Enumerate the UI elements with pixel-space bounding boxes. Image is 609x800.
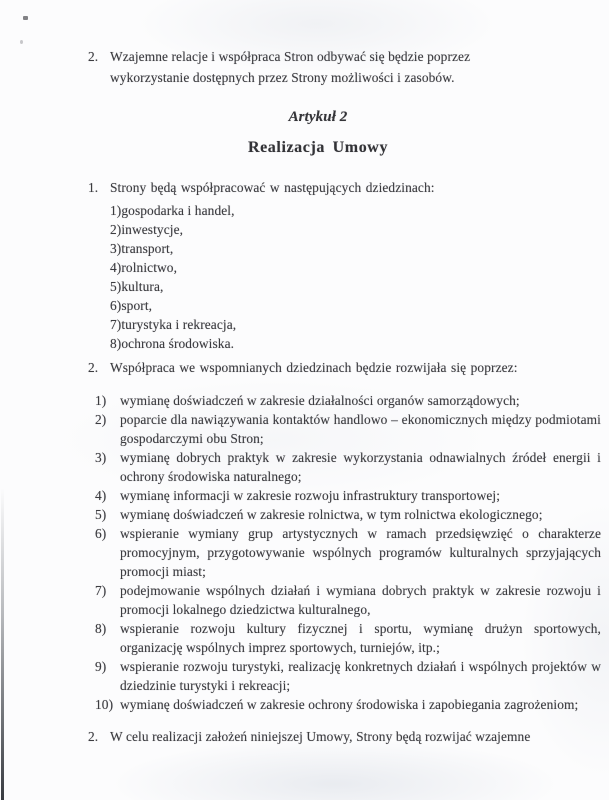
item-number: 3) bbox=[110, 241, 121, 256]
paragraph-text: Wzajemne relacje i współpraca Stron odby… bbox=[110, 46, 512, 88]
item-text: wspieranie rozwoju kultury fizycznej i s… bbox=[120, 619, 601, 657]
item-number: 7) bbox=[110, 317, 121, 332]
scan-edge-shadow bbox=[1, 488, 4, 800]
paragraph-number: 2. bbox=[88, 727, 110, 747]
list-item: 4)wymianę informacji w zakresie rozwoju … bbox=[95, 486, 601, 505]
list-item: 8)wspieranie rozwoju kultury fizycznej i… bbox=[95, 619, 601, 657]
item-number: 2) bbox=[95, 410, 120, 429]
item-number: 2) bbox=[110, 222, 121, 237]
list-item: 2)poparcie dla nawiązywania kontaktów ha… bbox=[95, 410, 601, 448]
item-text: wymianę doświadczeń w zakresie rolnictwa… bbox=[120, 505, 601, 524]
item-number: 6) bbox=[110, 298, 121, 313]
clause-number: 1. bbox=[88, 178, 110, 198]
fields-list: 1)gospodarka i handel, 2)inwestycje, 3)t… bbox=[88, 201, 601, 353]
list-item: 7)turystyka i rekreacja, bbox=[110, 315, 601, 334]
item-number: 10) bbox=[95, 695, 120, 714]
list-item: 1)wymianę doświadczeń w zakresie działal… bbox=[95, 391, 601, 410]
list-item: 4)rolnictwo, bbox=[110, 258, 601, 277]
item-number: 7) bbox=[95, 581, 120, 600]
list-item: 1)gospodarka i handel, bbox=[110, 201, 601, 220]
document-content: 2. Wzajemne relacje i współpraca Stron o… bbox=[88, 46, 601, 747]
item-text: wspieranie rozwoju turystyki, realizację… bbox=[120, 657, 601, 695]
clause-number: 2. bbox=[88, 358, 110, 378]
item-text: wymianę doświadczeń w zakresie działalno… bbox=[120, 391, 601, 410]
list-item: 6)sport, bbox=[110, 296, 601, 315]
clause-cooperation-lead: 2. Współpraca we wspomnianych dziedzinac… bbox=[88, 358, 601, 378]
item-text: wymianę dobrych praktyk w zakresie wykor… bbox=[120, 448, 601, 486]
section-title: Realizacja Umowy bbox=[88, 138, 548, 158]
item-text: kultura, bbox=[121, 279, 163, 294]
intro-paragraph: 2. Wzajemne relacje i współpraca Stron o… bbox=[88, 46, 601, 88]
list-item: 6)wspieranie wymiany grup artystycznych … bbox=[95, 524, 601, 581]
item-text: rolnictwo, bbox=[121, 260, 177, 275]
item-number: 1) bbox=[95, 391, 120, 410]
item-number: 6) bbox=[95, 524, 120, 543]
item-number: 5) bbox=[95, 505, 120, 524]
list-item: 9)wspieranie rozwoju turystyki, realizac… bbox=[95, 657, 601, 695]
clause-fields-lead: 1. Strony będą współpracować w następują… bbox=[88, 178, 601, 198]
item-text: podejmowanie wspólnych działań i wymiana… bbox=[120, 581, 601, 619]
item-text: sport, bbox=[121, 298, 152, 313]
item-number: 5) bbox=[110, 279, 121, 294]
list-item: 8)ochrona środowiska. bbox=[110, 334, 601, 353]
clause-text: Współpraca we wspomnianych dziedzinach b… bbox=[110, 358, 601, 378]
item-text: transport, bbox=[121, 241, 173, 256]
item-number: 4) bbox=[95, 486, 120, 505]
item-text: wymianę doświadczeń w zakresie ochrony ś… bbox=[120, 695, 601, 714]
item-text: gospodarka i handel, bbox=[121, 203, 234, 218]
closing-paragraph: 2. W celu realizacji założeń niniejszej … bbox=[88, 727, 601, 747]
item-text: poparcie dla nawiązywania kontaktów hand… bbox=[120, 410, 601, 448]
list-item: 5)kultura, bbox=[110, 277, 601, 296]
item-number: 8) bbox=[95, 619, 120, 638]
paragraph-number: 2. bbox=[88, 46, 110, 67]
item-text: turystyka i rekreacja, bbox=[121, 317, 236, 332]
item-number: 4) bbox=[110, 260, 121, 275]
item-number: 9) bbox=[95, 657, 120, 676]
item-number: 8) bbox=[110, 336, 121, 351]
item-text: ochrona środowiska. bbox=[121, 336, 234, 351]
list-item: 7)podejmowanie wspólnych działań i wymia… bbox=[95, 581, 601, 619]
item-text: inwestycje, bbox=[121, 222, 183, 237]
item-text: wymianę informacji w zakresie rozwoju in… bbox=[120, 486, 601, 505]
list-item: 2)inwestycje, bbox=[110, 220, 601, 239]
paragraph-text: W celu realizacji założeń niniejszej Umo… bbox=[110, 727, 601, 747]
item-number: 3) bbox=[95, 448, 120, 467]
list-item: 10)wymianę doświadczeń w zakresie ochron… bbox=[95, 695, 601, 714]
list-item: 3)wymianę dobrych praktyk w zakresie wyk… bbox=[95, 448, 601, 486]
scan-speck bbox=[23, 16, 28, 20]
clause-text: Strony będą współpracować w następującyc… bbox=[110, 178, 601, 198]
list-item: 3)transport, bbox=[110, 239, 601, 258]
article-heading: Artykuł 2 bbox=[88, 108, 548, 126]
item-number: 1) bbox=[110, 203, 121, 218]
scanned-document-page: 2. Wzajemne relacje i współpraca Stron o… bbox=[0, 0, 609, 800]
cooperation-list: 1)wymianę doświadczeń w zakresie działal… bbox=[88, 391, 601, 714]
list-item: 5)wymianę doświadczeń w zakresie rolnict… bbox=[95, 505, 601, 524]
scan-speck bbox=[20, 40, 23, 44]
item-text: wspieranie wymiany grup artystycznych w … bbox=[120, 524, 601, 581]
